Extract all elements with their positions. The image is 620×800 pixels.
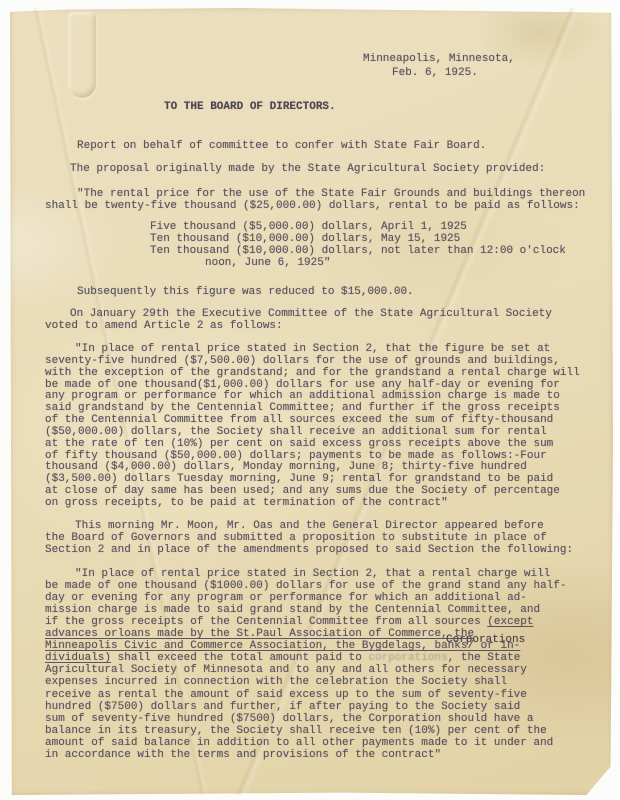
- date-line: Feb. 6, 1925.: [392, 67, 478, 79]
- amendment2-line: advances orloans made by the St.Paul Ass…: [45, 628, 474, 640]
- quote-line: shall be twenty-five thousand ($25,000.0…: [45, 200, 580, 212]
- amendment2-line: in accordance with the terms and provisi…: [45, 749, 441, 761]
- payment-schedule-line: Five thousand ($5,000.00) dollars, April…: [150, 221, 467, 233]
- amendment2-line: amount of said balance in addition to al…: [45, 737, 553, 749]
- amendment1-line: any program or performance for which an …: [45, 390, 560, 402]
- line-text: shall exceed the total amount paid to: [111, 652, 368, 664]
- reduced-figure-line: Subsequently this figure was reduced to …: [77, 286, 414, 298]
- amendment1-line: at the rate of ten (10%) per cent on sai…: [45, 438, 553, 450]
- amendment1-line: of the Centennial Committee from all sou…: [45, 414, 553, 426]
- amendment2-line: sum of seventy-five hundred ($7500) doll…: [45, 713, 533, 725]
- amendment2-line: be made of one thousand ($1000.00) dolla…: [45, 580, 567, 592]
- amendment1-line: on gross receipts, to be paid at termina…: [45, 497, 448, 509]
- amendment-intro-line: voted to amend Article 2 as follows:: [45, 320, 283, 332]
- payment-schedule-line: noon, June 6, 1925": [205, 257, 330, 269]
- amendment1-line: ($50,000.00) dollars, the Society shall …: [45, 426, 547, 438]
- salutation-line: TO THE BOARD OF DIRECTORS.: [164, 101, 336, 113]
- scan-background: Minneapolis, Minnesota, Feb. 6, 1925. TO…: [0, 0, 620, 800]
- report-subject-line: Report on behalf of committee to confer …: [77, 140, 486, 152]
- amendment-intro-line: On January 29th the Executive Committee …: [70, 308, 552, 320]
- morning-paragraph-line: the Board of Governors and submitted a p…: [45, 532, 547, 544]
- line-text: , the State: [448, 652, 521, 664]
- amendment2-line: Minneapolis Civic and Commerce Associati…: [45, 640, 520, 652]
- amendment2-line: "In place of rental price stated in Sect…: [75, 568, 550, 580]
- quote-line: "The rental price for the use of the Sta…: [77, 188, 585, 200]
- amendment2-line: balance in its treasury, the Society sha…: [45, 725, 547, 737]
- amendment2-line: Agricultural Society of Minnesota and to…: [45, 664, 527, 676]
- amendment1-line: at close of day same has been used; and …: [45, 485, 560, 497]
- erased-word: corporations: [368, 652, 447, 664]
- line-text: if the gross receipts of the Centennial …: [45, 616, 487, 628]
- underlined-text: dividuals): [45, 652, 111, 664]
- payment-schedule-line: Ten thousand ($10,000.00) dollars, May 1…: [150, 233, 460, 245]
- amendment2-line: dividuals) shall exceed the total amount…: [45, 652, 520, 664]
- underlined-text: Minneapolis Civic and Commerce Associati…: [45, 640, 520, 652]
- morning-paragraph-line: Section 2 and in place of the amendments…: [45, 544, 573, 556]
- amendment2-line: hundred ($7500) dollars and further, if …: [45, 701, 520, 713]
- payment-schedule-line: Ten thousand ($10,000.00) dollars, not l…: [150, 245, 566, 257]
- underlined-text: (except: [487, 616, 533, 628]
- underlined-text: advances orloans made by the St.Paul Ass…: [45, 628, 474, 640]
- amendment2-line: day or evening for any program or perfor…: [45, 592, 527, 604]
- morning-paragraph-line: This morning Mr. Moon, Mr. Oas and the G…: [75, 520, 544, 532]
- amendment2-line: receive as rental the amount of said exc…: [45, 689, 527, 701]
- amendment2-line: mission charge is made to said grand sta…: [45, 604, 540, 616]
- amendment1-line: thousand ($4,000.00) dollars, Monday mor…: [45, 461, 527, 473]
- amendment1-line: seventy-five hundred ($7,500.00) dollars…: [45, 355, 560, 367]
- amendment1-line: "In place of rental price stated in Sect…: [75, 343, 550, 355]
- amendment2-line: if the gross receipts of the Centennial …: [45, 616, 534, 628]
- typed-text-layer: Minneapolis, Minnesota, Feb. 6, 1925. TO…: [0, 0, 620, 800]
- city-line: Minneapolis, Minnesota,: [363, 53, 515, 65]
- amendment1-line: said grandstand by the Centennial Commit…: [45, 402, 560, 414]
- amendment1-line: ($3,500.00) dollars Tuesday morning, Jun…: [45, 473, 553, 485]
- proposal-intro-line: The proposal originally made by the Stat…: [70, 163, 545, 175]
- amendment2-line: expenses incurred in connection with the…: [45, 676, 507, 688]
- amendment1-line: with the exception of the grandstand; an…: [45, 367, 580, 379]
